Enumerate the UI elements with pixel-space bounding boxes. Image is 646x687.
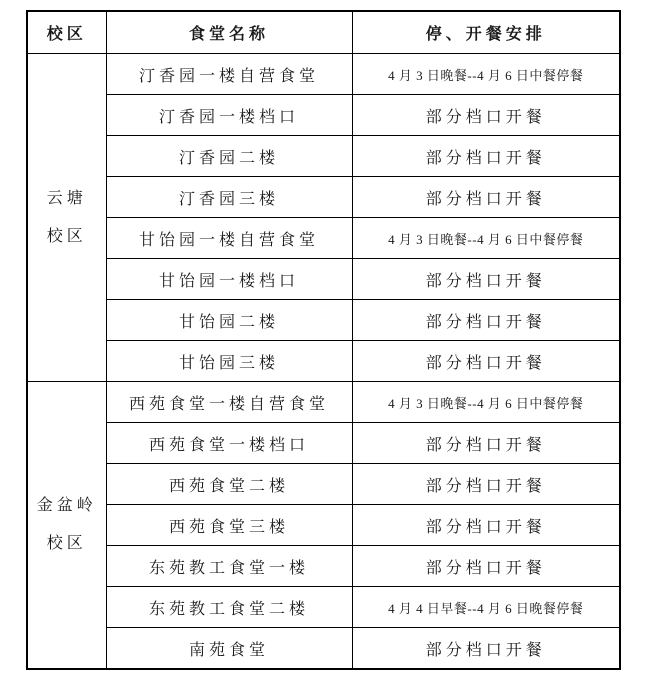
table-row: 东苑教工食堂一楼 部分档口开餐 (27, 546, 620, 587)
cafeteria-name-cell: 西苑食堂一楼档口 (106, 423, 352, 464)
dining-schedule-table: 校区 食堂名称 停、开餐安排 云塘 校区 汀香园一楼自营食堂 4 月 3 日晚餐… (26, 10, 621, 670)
schedule-cell: 部分档口开餐 (352, 177, 620, 218)
table-row: 甘饴园二楼 部分档口开餐 (27, 300, 620, 341)
schedule-cell: 部分档口开餐 (352, 464, 620, 505)
cafeteria-name-cell: 西苑食堂三楼 (106, 505, 352, 546)
table-row: 金盆岭 校区 西苑食堂一楼自营食堂 4 月 3 日晚餐--4 月 6 日中餐停餐 (27, 382, 620, 423)
schedule-cell: 4 月 3 日晚餐--4 月 6 日中餐停餐 (352, 54, 620, 95)
table-row: 西苑食堂一楼档口 部分档口开餐 (27, 423, 620, 464)
cafeteria-name-cell: 东苑教工食堂二楼 (106, 587, 352, 628)
table-row: 汀香园二楼 部分档口开餐 (27, 136, 620, 177)
campus-line: 云塘 (28, 180, 106, 218)
header-row: 校区 食堂名称 停、开餐安排 (27, 11, 620, 54)
schedule-cell: 4 月 4 日早餐--4 月 6 日晚餐停餐 (352, 587, 620, 628)
header-cafeteria-name: 食堂名称 (106, 11, 352, 54)
cafeteria-name-cell: 汀香园一楼档口 (106, 95, 352, 136)
cafeteria-name-cell: 甘饴园三楼 (106, 341, 352, 382)
table-row: 甘饴园一楼档口 部分档口开餐 (27, 259, 620, 300)
header-campus: 校区 (27, 11, 106, 54)
table-row: 汀香园一楼档口 部分档口开餐 (27, 95, 620, 136)
schedule-cell: 部分档口开餐 (352, 259, 620, 300)
page: 校区 食堂名称 停、开餐安排 云塘 校区 汀香园一楼自营食堂 4 月 3 日晚餐… (0, 0, 646, 687)
schedule-cell: 部分档口开餐 (352, 423, 620, 464)
schedule-cell: 部分档口开餐 (352, 341, 620, 382)
cafeteria-name-cell: 甘饴园一楼档口 (106, 259, 352, 300)
table-row: 汀香园三楼 部分档口开餐 (27, 177, 620, 218)
campus-cell-jinpenling: 金盆岭 校区 (27, 382, 106, 670)
cafeteria-name-cell: 南苑食堂 (106, 628, 352, 670)
table-row: 东苑教工食堂二楼 4 月 4 日早餐--4 月 6 日晚餐停餐 (27, 587, 620, 628)
cafeteria-name-cell: 汀香园二楼 (106, 136, 352, 177)
cafeteria-name-cell: 甘饴园一楼自营食堂 (106, 218, 352, 259)
table-row: 甘饴园三楼 部分档口开餐 (27, 341, 620, 382)
schedule-cell: 部分档口开餐 (352, 546, 620, 587)
campus-line: 金盆岭 (28, 487, 106, 525)
cafeteria-name-cell: 东苑教工食堂一楼 (106, 546, 352, 587)
schedule-cell: 部分档口开餐 (352, 628, 620, 670)
schedule-cell: 部分档口开餐 (352, 300, 620, 341)
cafeteria-name-cell: 汀香园一楼自营食堂 (106, 54, 352, 95)
header-schedule: 停、开餐安排 (352, 11, 620, 54)
schedule-cell: 部分档口开餐 (352, 505, 620, 546)
table-row: 西苑食堂二楼 部分档口开餐 (27, 464, 620, 505)
campus-line: 校区 (28, 525, 106, 563)
cafeteria-name-cell: 汀香园三楼 (106, 177, 352, 218)
schedule-cell: 4 月 3 日晚餐--4 月 6 日中餐停餐 (352, 382, 620, 423)
table-row: 南苑食堂 部分档口开餐 (27, 628, 620, 670)
table-row: 云塘 校区 汀香园一楼自营食堂 4 月 3 日晚餐--4 月 6 日中餐停餐 (27, 54, 620, 95)
campus-cell-yuntang: 云塘 校区 (27, 54, 106, 382)
cafeteria-name-cell: 西苑食堂二楼 (106, 464, 352, 505)
table-row: 甘饴园一楼自营食堂 4 月 3 日晚餐--4 月 6 日中餐停餐 (27, 218, 620, 259)
schedule-cell: 部分档口开餐 (352, 95, 620, 136)
cafeteria-name-cell: 甘饴园二楼 (106, 300, 352, 341)
campus-line: 校区 (28, 218, 106, 256)
schedule-cell: 部分档口开餐 (352, 136, 620, 177)
cafeteria-name-cell: 西苑食堂一楼自营食堂 (106, 382, 352, 423)
schedule-cell: 4 月 3 日晚餐--4 月 6 日中餐停餐 (352, 218, 620, 259)
table-row: 西苑食堂三楼 部分档口开餐 (27, 505, 620, 546)
